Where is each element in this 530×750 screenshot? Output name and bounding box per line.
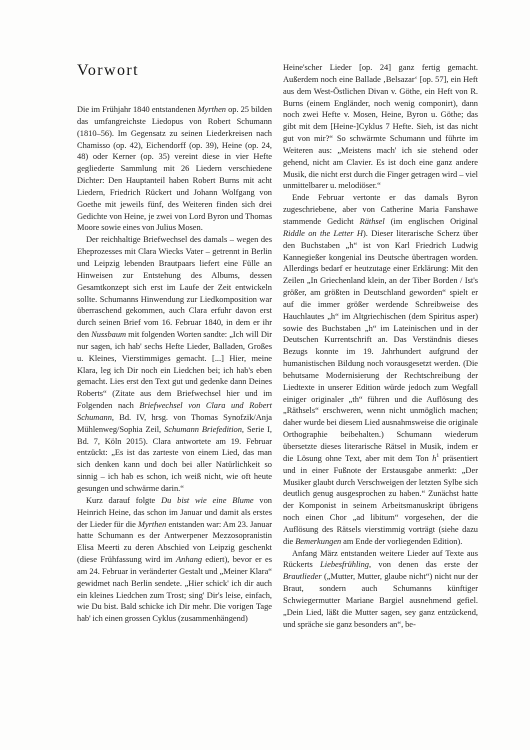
page-title: Vorwort — [77, 62, 272, 80]
book-page: Vorwort Die im Frühjahr 1840 entstandene… — [0, 0, 530, 750]
paragraph: Ende Februar vertonte er das damals Byro… — [283, 192, 478, 547]
page-content: Vorwort Die im Frühjahr 1840 entstandene… — [77, 62, 478, 631]
left-column: Vorwort Die im Frühjahr 1840 entstandene… — [77, 62, 272, 631]
paragraph: Kurz darauf folgte Du bist wie eine Blum… — [77, 495, 272, 625]
left-column-text: Die im Frühjahr 1840 entstandenen Myrthe… — [77, 104, 272, 625]
right-column-text: Heine'scher Lieder [op. 24] ganz fertig … — [283, 62, 478, 631]
paragraph: Die im Frühjahr 1840 entstandenen Myrthe… — [77, 104, 272, 234]
right-column: Heine'scher Lieder [op. 24] ganz fertig … — [283, 62, 478, 631]
paragraph: Der reichhaltige Briefwechsel des damals… — [77, 234, 272, 495]
paragraph: Anfang März entstanden weitere Lieder au… — [283, 548, 478, 631]
paragraph: Heine'scher Lieder [op. 24] ganz fertig … — [283, 62, 478, 192]
